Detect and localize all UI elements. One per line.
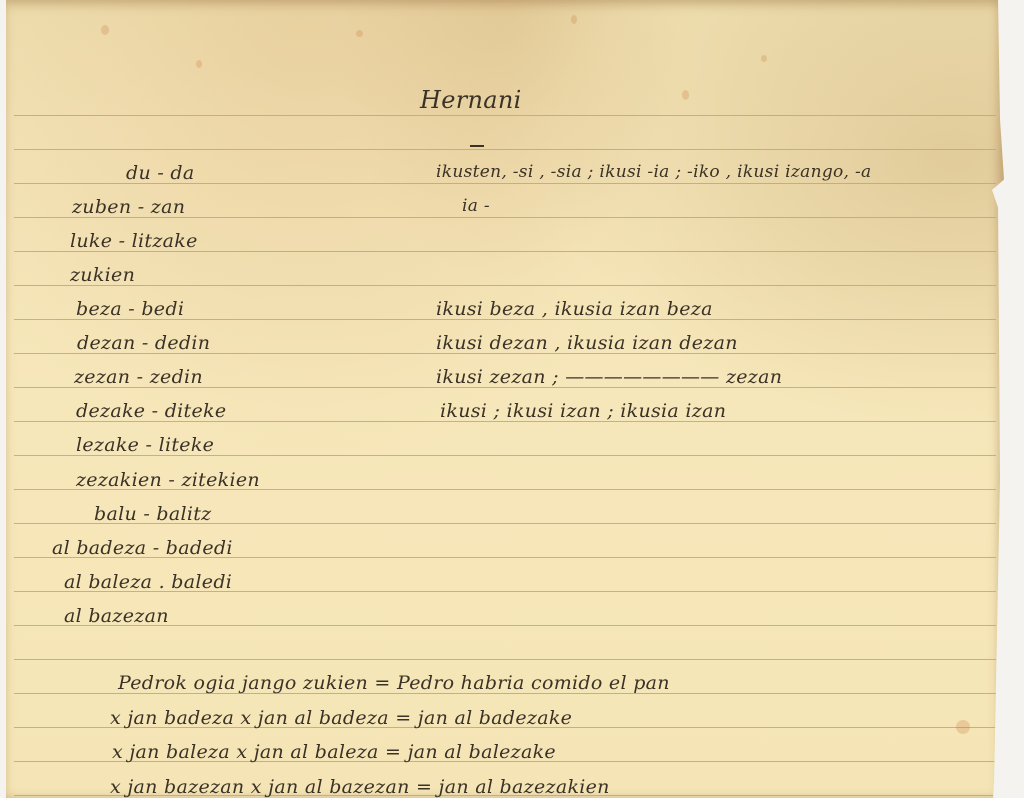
left-line-10: zezakien - zitekien [76, 469, 260, 491]
title-dash [470, 145, 484, 147]
left-line-6: dezan - dedin [77, 332, 210, 354]
right-line-3: ikusi beza , ikusia izan beza [436, 298, 713, 320]
bottom-line-2: x jan badeza x jan al badeza = jan al ba… [110, 707, 572, 729]
left-line-4: zukien [70, 264, 135, 286]
page-title: Hernani [420, 86, 522, 114]
left-line-2: zuben - zan [72, 196, 185, 218]
stain [682, 90, 689, 100]
right-line-2: ia - [462, 196, 490, 216]
left-line-3: luke - litzake [70, 230, 198, 252]
bottom-line-3: x jan baleza x jan al baleza = jan al ba… [112, 741, 556, 763]
right-line-6: ikusi ; ikusi izan ; ikusia izan [440, 400, 726, 422]
stain [356, 30, 363, 37]
right-line-1: ikusten, -si , -sia ; ikusi -ia ; -iko ,… [436, 162, 871, 182]
left-line-9: lezake - liteke [76, 434, 214, 456]
left-line-8: dezake - diteke [76, 400, 226, 422]
stain [101, 25, 109, 35]
left-line-5: beza - bedi [76, 298, 184, 320]
ruled-line [14, 659, 996, 660]
bottom-line-1: Pedrok ogia jango zukien = Pedro habria … [118, 672, 670, 694]
stain [761, 55, 767, 62]
stain [196, 60, 202, 68]
right-line-5: ikusi zezan ; ———————— zezan [436, 366, 782, 388]
left-line-7: zezan - zedin [74, 366, 203, 388]
left-line-13: al baleza . baledi [64, 571, 232, 593]
stain [571, 15, 577, 24]
left-line-1: du - da [126, 162, 195, 184]
stain [956, 720, 970, 734]
left-line-11: balu - balitz [94, 503, 212, 525]
right-line-4: ikusi dezan , ikusia izan dezan [436, 332, 738, 354]
bottom-line-4: x jan bazezan x jan al bazezan = jan al … [110, 776, 610, 798]
left-line-12: al badeza - badedi [52, 537, 233, 559]
notebook-page: Hernani du - da zuben - zan luke - litza… [6, 0, 1004, 798]
ruled-line [14, 149, 996, 150]
ruled-line [14, 285, 996, 286]
left-line-14: al bazezan [64, 605, 169, 627]
ruled-line [14, 115, 996, 116]
